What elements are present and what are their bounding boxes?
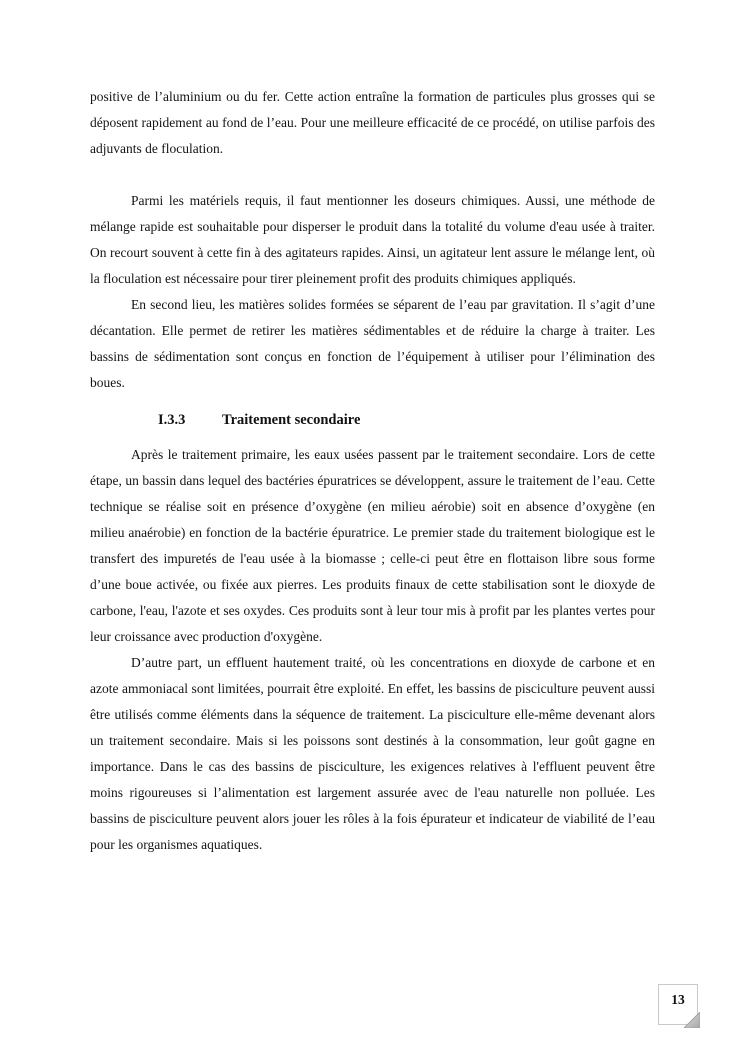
body-paragraph: positive de l’aluminium ou du fer. Cette… (90, 84, 655, 162)
section-heading: I.3.3Traitement secondaire (90, 407, 655, 433)
page-curl-icon (684, 1012, 700, 1028)
section-title: Traitement secondaire (222, 412, 360, 428)
section-number: I.3.3 (158, 407, 222, 433)
body-paragraph: Après le traitement primaire, les eaux u… (90, 442, 655, 650)
body-paragraph: D’autre part, un effluent hautement trai… (90, 650, 655, 858)
document-page: positive de l’aluminium ou du fer. Cette… (0, 0, 745, 1053)
page-number: 13 (671, 992, 685, 1008)
body-paragraph: Parmi les matériels requis, il faut ment… (90, 188, 655, 292)
body-paragraph: En second lieu, les matières solides for… (90, 292, 655, 396)
page-number-box: 13 (658, 984, 698, 1025)
page-content: positive de l’aluminium ou du fer. Cette… (90, 84, 655, 858)
